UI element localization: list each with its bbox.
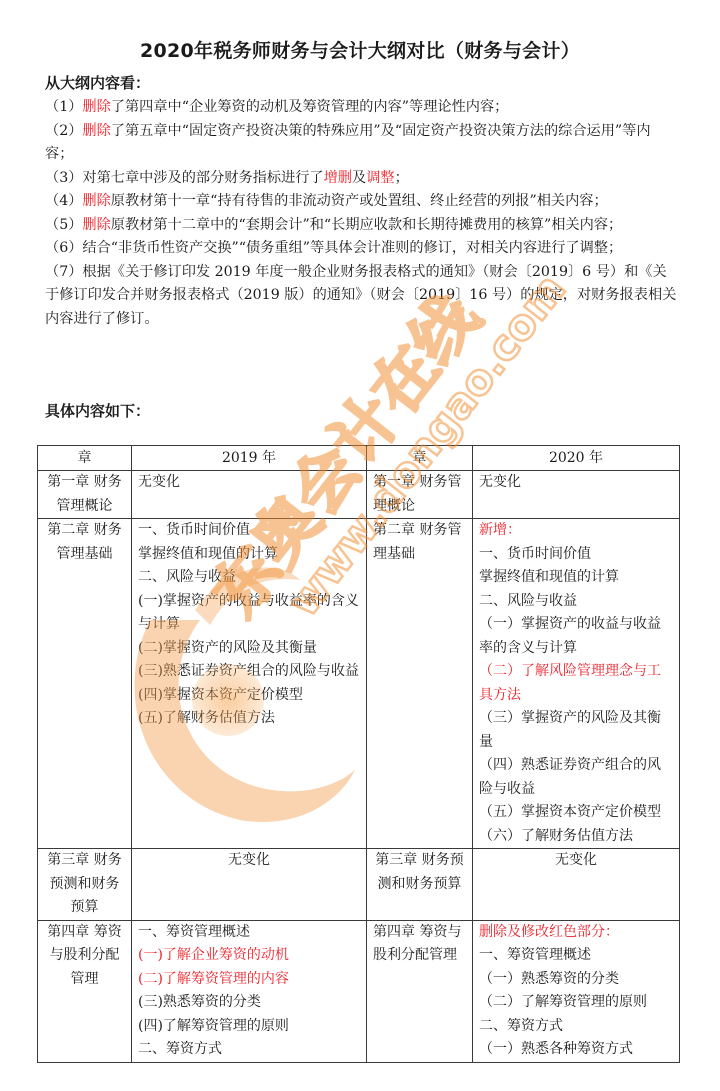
outline-item-6: （6）结合“非货币性资产交换”“债务重组”等具体会计准则的修订，对相关内容进行了… [45,237,677,261]
content-line: 掌握终值和现值的计算 [138,543,360,567]
header-chapter-2019: 章 [38,446,132,471]
content-2020-cell: 删除及修改红色部分：一、筹资管理概述（一）熟悉筹资的分类（二）了解筹资管理的原则… [473,920,680,1062]
content-line: (五)了解财务估值方法 [138,707,360,731]
content-line: （一）掌握资产的收益与收益率的含义与计算 [479,613,673,660]
detail-heading: 具体内容如下： [45,400,150,421]
content-line: 一、货币时间价值 [479,543,673,567]
content-line: (三)熟悉筹资的分类 [138,991,360,1015]
outline-item-2: （2）删除了第五章中“固定资产投资决策的特殊应用”及“固定资产投资决策方法的综合… [45,120,677,167]
content-line: (三)熟悉证券资产组合的风险与收益 [138,660,360,684]
content-line: (一)掌握资产的收益与收益率的含义与计算 [138,590,360,637]
header-chapter-2020: 章 [367,446,473,471]
content-line: 一、筹资管理概述 [479,944,673,968]
table-body: 第一章 财务管理概论无变化第一章 财务管理概论无变化第二章 财务管理基础一、货币… [38,471,680,1063]
content-line: (四)掌握资本资产定价模型 [138,684,360,708]
content-line: 无变化 [138,471,360,495]
content-2019-cell: 无变化 [132,849,367,921]
content-2020-cell: 新增：一、货币时间价值掌握终值和现值的计算二、风险与收益（一）掌握资产的收益与收… [473,519,680,849]
content-line: （五）掌握资本资产定价模型 [479,801,673,825]
content-2019-cell: 一、筹资管理概述(一)了解企业筹资的动机(二)了解筹资管理的内容(三)熟悉筹资的… [132,920,367,1062]
add-delete-highlight: 增删 [324,170,352,186]
header-2020: 2020 年 [473,446,680,471]
content-line: 二、风险与收益 [138,566,360,590]
outline-item-5: （5）删除原教材第十二章中的“套期会计”和“长期应收款和长期待摊费用的核算”相关… [45,214,677,238]
delete-highlight: 删除 [82,123,110,139]
changed-line: 删除及修改红色部分： [479,921,673,945]
table-row: 第二章 财务管理基础一、货币时间价值掌握终值和现值的计算二、风险与收益(一)掌握… [38,519,680,849]
chapter-2019-cell: 第二章 财务管理基础 [38,519,132,849]
content-line: （六）了解财务估值方法 [479,825,673,849]
delete-highlight: 删除 [82,193,110,209]
adjust-highlight: 调整 [366,170,394,186]
content-line: 无变化 [479,471,673,495]
content-line: 二、风险与收益 [479,590,673,614]
outline-item-1: （1）删除了第四章中“企业筹资的动机及筹资管理的内容”等理论性内容； [45,96,677,120]
content-2019-cell: 一、货币时间价值掌握终值和现值的计算二、风险与收益(一)掌握资产的收益与收益率的… [132,519,367,849]
content-line: 二、筹资方式 [138,1038,360,1062]
chapter-2019-cell: 第四章 筹资与股利分配管理 [38,920,132,1062]
header-2019: 2019 年 [132,446,367,471]
content-line: （三）掌握资产的风险及其衡量 [479,707,673,754]
outline-item-4: （4）删除原教材第十一章“持有待售的非流动资产或处置组、终止经营的列报”相关内容… [45,190,677,214]
delete-highlight: 删除 [82,99,110,115]
delete-highlight: 删除 [82,217,110,233]
chapter-2020-cell: 第一章 财务管理概论 [367,471,473,519]
comparison-table: 章 2019 年 章 2020 年 第一章 财务管理概论无变化第一章 财务管理概… [37,445,680,1063]
content-line: （二）了解筹资管理的原则 [479,991,673,1015]
content-2019-cell: 无变化 [132,471,367,519]
content-line: 无变化 [138,849,360,873]
changed-line: (一)了解企业筹资的动机 [138,944,360,968]
content-line: 掌握终值和现值的计算 [479,566,673,590]
chapter-2019-cell: 第一章 财务管理概论 [38,471,132,519]
content-line: （一）熟悉筹资的分类 [479,968,673,992]
content-line: 二、筹资方式 [479,1015,673,1039]
changed-line: 新增： [479,519,673,543]
table-row: 第一章 财务管理概论无变化第一章 财务管理概论无变化 [38,471,680,519]
chapter-2020-cell: 第二章 财务管理基础 [367,519,473,849]
chapter-2020-cell: 第三章 财务预测和财务预算 [367,849,473,921]
table-row: 第三章 财务预测和财务预算无变化第三章 财务预测和财务预算无变化 [38,849,680,921]
chapter-2020-cell: 第四章 筹资与股利分配管理 [367,920,473,1062]
outline-heading: 从大纲内容看： [45,72,150,93]
content-2020-cell: 无变化 [473,471,680,519]
content-line: 无变化 [479,849,673,873]
content-line: (二)掌握资产的风险及其衡量 [138,637,360,661]
outline-item-3: （3）对第七章中涉及的部分财务指标进行了增删及调整； [45,167,677,191]
content-line: 一、筹资管理概述 [138,921,360,945]
outline-item-7: （7）根据《关于修订印发 2019 年度一般企业财务报表格式的通知》（财会〔20… [45,261,677,332]
changed-line: （二）了解风险管理理念与工具方法 [479,660,673,707]
outline-list: （1）删除了第四章中“企业筹资的动机及筹资管理的内容”等理论性内容； （2）删除… [45,96,677,331]
table-row: 第四章 筹资与股利分配管理一、筹资管理概述(一)了解企业筹资的动机(二)了解筹资… [38,920,680,1062]
content-line: 一、货币时间价值 [138,519,360,543]
document-title: 2020年税务师财务与会计大纲对比（财务与会计） [0,36,720,63]
chapter-2019-cell: 第三章 财务预测和财务预算 [38,849,132,921]
content-2020-cell: 无变化 [473,849,680,921]
content-line: （一）熟悉各种筹资方式 [479,1038,673,1062]
table-header-row: 章 2019 年 章 2020 年 [38,446,680,471]
changed-line: (二)了解筹资管理的内容 [138,968,360,992]
content-line: （四）熟悉证券资产组合的风险与收益 [479,754,673,801]
content-line: (四)了解筹资管理的原则 [138,1015,360,1039]
